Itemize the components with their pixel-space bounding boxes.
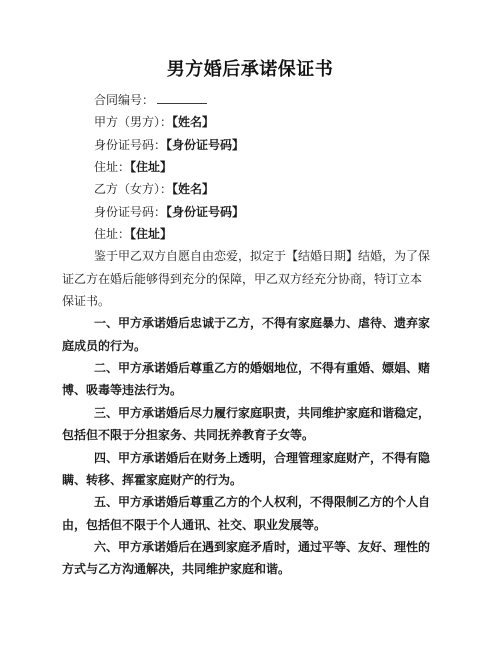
field-row: 身份证号码：【身份证号码】 xyxy=(62,201,433,223)
document-body: 合同编号：甲方（男方）：【姓名】身份证号码：【身份证号码】住址：【住址】乙方（女… xyxy=(62,89,433,581)
field-placeholder: 【身份证号码】 xyxy=(166,138,244,152)
field-label: 身份证号码： xyxy=(94,205,166,219)
clauses-section: 一、甲方承诺婚后忠诚于乙方，不得有家庭暴力、虐待、遗弃家庭成员的行为。二、甲方承… xyxy=(62,312,433,580)
field-label: 住址： xyxy=(94,227,130,241)
clause-paragraph: 五、甲方承诺婚后尊重乙方的个人权利，不得限制乙方的个人自由，包括但不限于个人通讯… xyxy=(62,491,433,536)
field-label: 甲方（男方）： xyxy=(94,115,172,129)
document-page: 男方婚后承诺保证书 合同编号：甲方（男方）：【姓名】身份证号码：【身份证号码】住… xyxy=(0,0,500,647)
party-info-section: 合同编号：甲方（男方）：【姓名】身份证号码：【身份证号码】住址：【住址】乙方（女… xyxy=(62,89,433,245)
field-label: 合同编号： xyxy=(94,93,154,107)
clause-paragraph: 六、甲方承诺婚后在遇到家庭矛盾时，通过平等、友好、理性的方式与乙方沟通解决，共同… xyxy=(62,536,433,581)
clause-paragraph: 四、甲方承诺婚后在财务上透明，合理管理家庭财产，不得有隐瞒、转移、挥霍家庭财产的… xyxy=(62,447,433,492)
field-row: 住址：【住址】 xyxy=(62,156,433,178)
field-row: 身份证号码：【身份证号码】 xyxy=(62,134,433,156)
contract-number-blank xyxy=(157,92,207,104)
field-placeholder: 【姓名】 xyxy=(172,115,214,129)
field-placeholder: 【姓名】 xyxy=(172,182,214,196)
field-row: 甲方（男方）：【姓名】 xyxy=(62,111,433,133)
field-placeholder: 【身份证号码】 xyxy=(166,205,244,219)
document-title: 男方婚后承诺保证书 xyxy=(0,0,500,81)
field-placeholder: 【住址】 xyxy=(130,160,172,174)
field-label: 乙方（女方）： xyxy=(94,182,172,196)
clause-paragraph: 二、甲方承诺婚后尊重乙方的婚姻地位，不得有重婚、嫖娼、赌博、吸毒等违法行为。 xyxy=(62,357,433,402)
field-row: 乙方（女方）：【姓名】 xyxy=(62,178,433,200)
field-label: 身份证号码： xyxy=(94,138,166,152)
clause-paragraph: 一、甲方承诺婚后忠诚于乙方，不得有家庭暴力、虐待、遗弃家庭成员的行为。 xyxy=(62,312,433,357)
field-placeholder: 【住址】 xyxy=(130,227,172,241)
preamble-paragraph: 鉴于甲乙双方自愿自由恋爱，拟定于【结婚日期】结婚，为了保证乙方在婚后能够得到充分… xyxy=(62,245,433,312)
field-row: 合同编号： xyxy=(62,89,433,111)
clause-paragraph: 三、甲方承诺婚后尽力履行家庭职责，共同维护家庭和谐稳定，包括但不限于分担家务、共… xyxy=(62,402,433,447)
field-label: 住址： xyxy=(94,160,130,174)
field-row: 住址：【住址】 xyxy=(62,223,433,245)
